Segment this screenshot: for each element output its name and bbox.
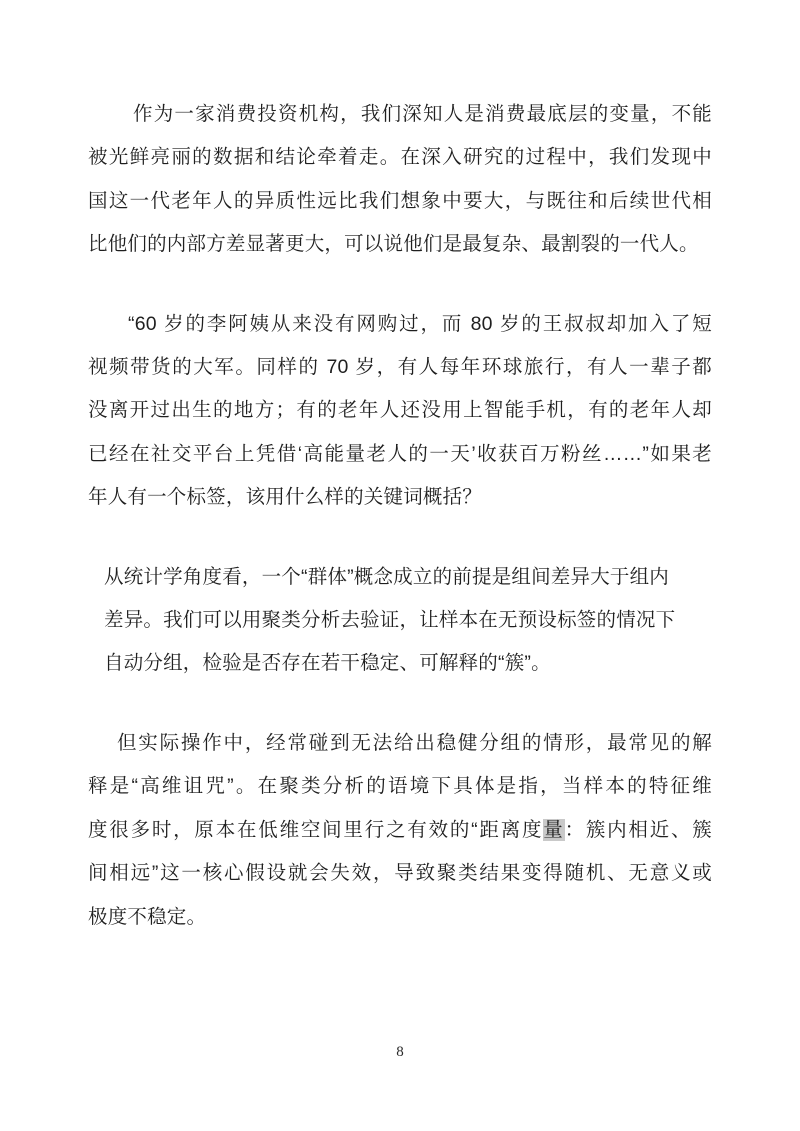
text-line: 视频带货的大军。同样的 70 岁，有人每年环球旅行，有人一辈子都 [88,346,712,389]
text-line: 比他们的内部方差显著更大，可以说他们是最复杂、最割裂的一代人。 [88,223,712,266]
document-page: 作为一家消费投资机构，我们深知人是消费最底层的变量，不能被光鲜亮丽的数据和结论牵… [0,0,800,1131]
para-curse-of-dimensionality: 但实际操作中，经常碰到无法给出稳健分组的情形，最常见的解释是“高维诅咒”。在聚类… [88,722,712,939]
document-body: 作为一家消费投资机构，我们深知人是消费最底层的变量，不能被光鲜亮丽的数据和结论牵… [88,93,712,939]
highlighted-character: 量 [543,819,564,841]
text-line: 间相远”这一核心假设就会失效，导致聚类结果变得随机、无意义或 [88,852,712,895]
page-number: 8 [0,1042,800,1062]
text-line: 没离开过出生的地方；有的老年人还没用上智能手机，有的老年人却 [88,389,712,432]
para-elderly-examples-quote: “60 岁的李阿姨从来没有网购过，而 80 岁的王叔叔却加入了短视频带货的大军。… [88,303,712,520]
text-line: 从统计学角度看，一个“群体”概念成立的前提是组间差异大于组内 [104,556,712,599]
text-line: 极度不稳定。 [88,896,712,939]
text-line: 被光鲜亮丽的数据和结论牵着走。在深入研究的过程中，我们发现中 [88,136,712,179]
text-line: 差异。我们可以用聚类分析去验证，让样本在无预设标签的情况下 [104,599,712,642]
text-line: 年人有一个标签，该用什么样的关键词概括？ [88,476,712,519]
text-line: 自动分组，检验是否存在若干稳定、可解释的“簇”。 [104,642,712,685]
text-line: 作为一家消费投资机构，我们深知人是消费最底层的变量，不能 [88,93,712,136]
text-line: 释是“高维诅咒”。在聚类分析的语境下具体是指，当样本的特征维 [88,765,712,808]
text-line: 但实际操作中，经常碰到无法给出稳健分组的情形，最常见的解 [88,722,712,765]
text-line: 国这一代老年人的异质性远比我们想象中要大，与既往和后续世代相 [88,180,712,223]
text-line: “60 岁的李阿姨从来没有网购过，而 80 岁的王叔叔却加入了短 [88,303,712,346]
para-statistics-cluster-analysis: 从统计学角度看，一个“群体”概念成立的前提是组间差异大于组内差异。我们可以用聚类… [104,556,712,686]
text-line: 已经在社交平台上凭借‘高能量老人的一天’收获百万粉丝……”如果老 [88,433,712,476]
para-investment-view: 作为一家消费投资机构，我们深知人是消费最底层的变量，不能被光鲜亮丽的数据和结论牵… [88,93,712,267]
text-line: 度很多时，原本在低维空间里行之有效的“距离度量：簇内相近、簇 [88,809,712,852]
